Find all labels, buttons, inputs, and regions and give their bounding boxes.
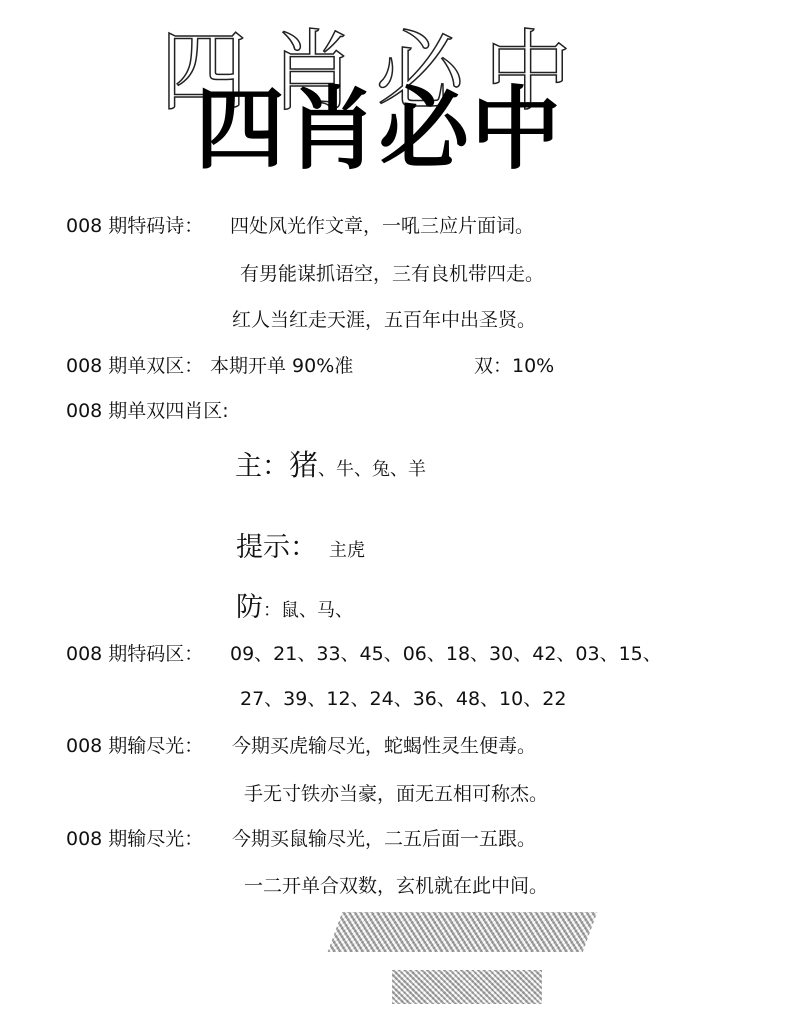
- watermark-graphic-2: [392, 970, 542, 1004]
- main-first-zodiac: 猪: [289, 443, 318, 484]
- poem-line-2: 有男能谋抓语空，三有良机带四走。: [240, 265, 544, 284]
- special-numbers-line-1: 09、21、33、45、06、18、30、42、03、15、: [230, 645, 662, 664]
- page-title: 四肖必中: [195, 85, 563, 175]
- odd-text: 本期开单 90%准: [210, 357, 353, 376]
- odd-even-label: 008 期单双区：: [66, 357, 203, 376]
- hint-value: 主虎: [329, 536, 365, 562]
- lose-all-2-label: 008 期输尽光：: [66, 830, 203, 849]
- lose-all-1-line-2: 手无寸铁亦当豪，面无五相可称杰。: [244, 785, 548, 804]
- poem-line-3: 红人当红走天涯，五百年中出圣贤。: [232, 311, 536, 330]
- special-numbers-line-2: 27、39、12、24、36、48、10、22: [240, 690, 566, 709]
- even-text: 双：10%: [474, 357, 554, 376]
- lose-all-1-label: 008 期输尽光：: [66, 737, 203, 756]
- main-zodiac-row: 主： 猪 、牛、兔、羊: [235, 443, 426, 484]
- lose-all-1-line-1: 今期买虎输尽光，蛇蝎性灵生便毒。: [232, 737, 536, 756]
- guard-value: ：鼠、马、: [263, 596, 353, 622]
- main-label: 主：: [235, 444, 289, 483]
- four-zodiac-label: 008 期单双四肖区:: [66, 402, 229, 421]
- main-other-zodiacs: 、牛、兔、羊: [318, 455, 426, 481]
- special-numbers-label: 008 期特码区：: [66, 645, 203, 664]
- guard-row: 防 ：鼠、马、: [236, 585, 353, 624]
- watermark-graphic: [328, 912, 598, 952]
- guard-label: 防: [236, 585, 263, 624]
- lose-all-2-line-1: 今期买鼠输尽光，二五后面一五跟。: [232, 830, 536, 849]
- poem-label: 008 期特码诗：: [66, 217, 203, 236]
- lose-all-2-line-2: 一二开单合双数，玄机就在此中间。: [244, 877, 548, 896]
- hint-label: 提示：: [236, 525, 317, 564]
- poem-line-1: 四处风光作文章，一吼三应片面词。: [230, 217, 534, 236]
- hint-row: 提示： 主虎: [236, 525, 365, 564]
